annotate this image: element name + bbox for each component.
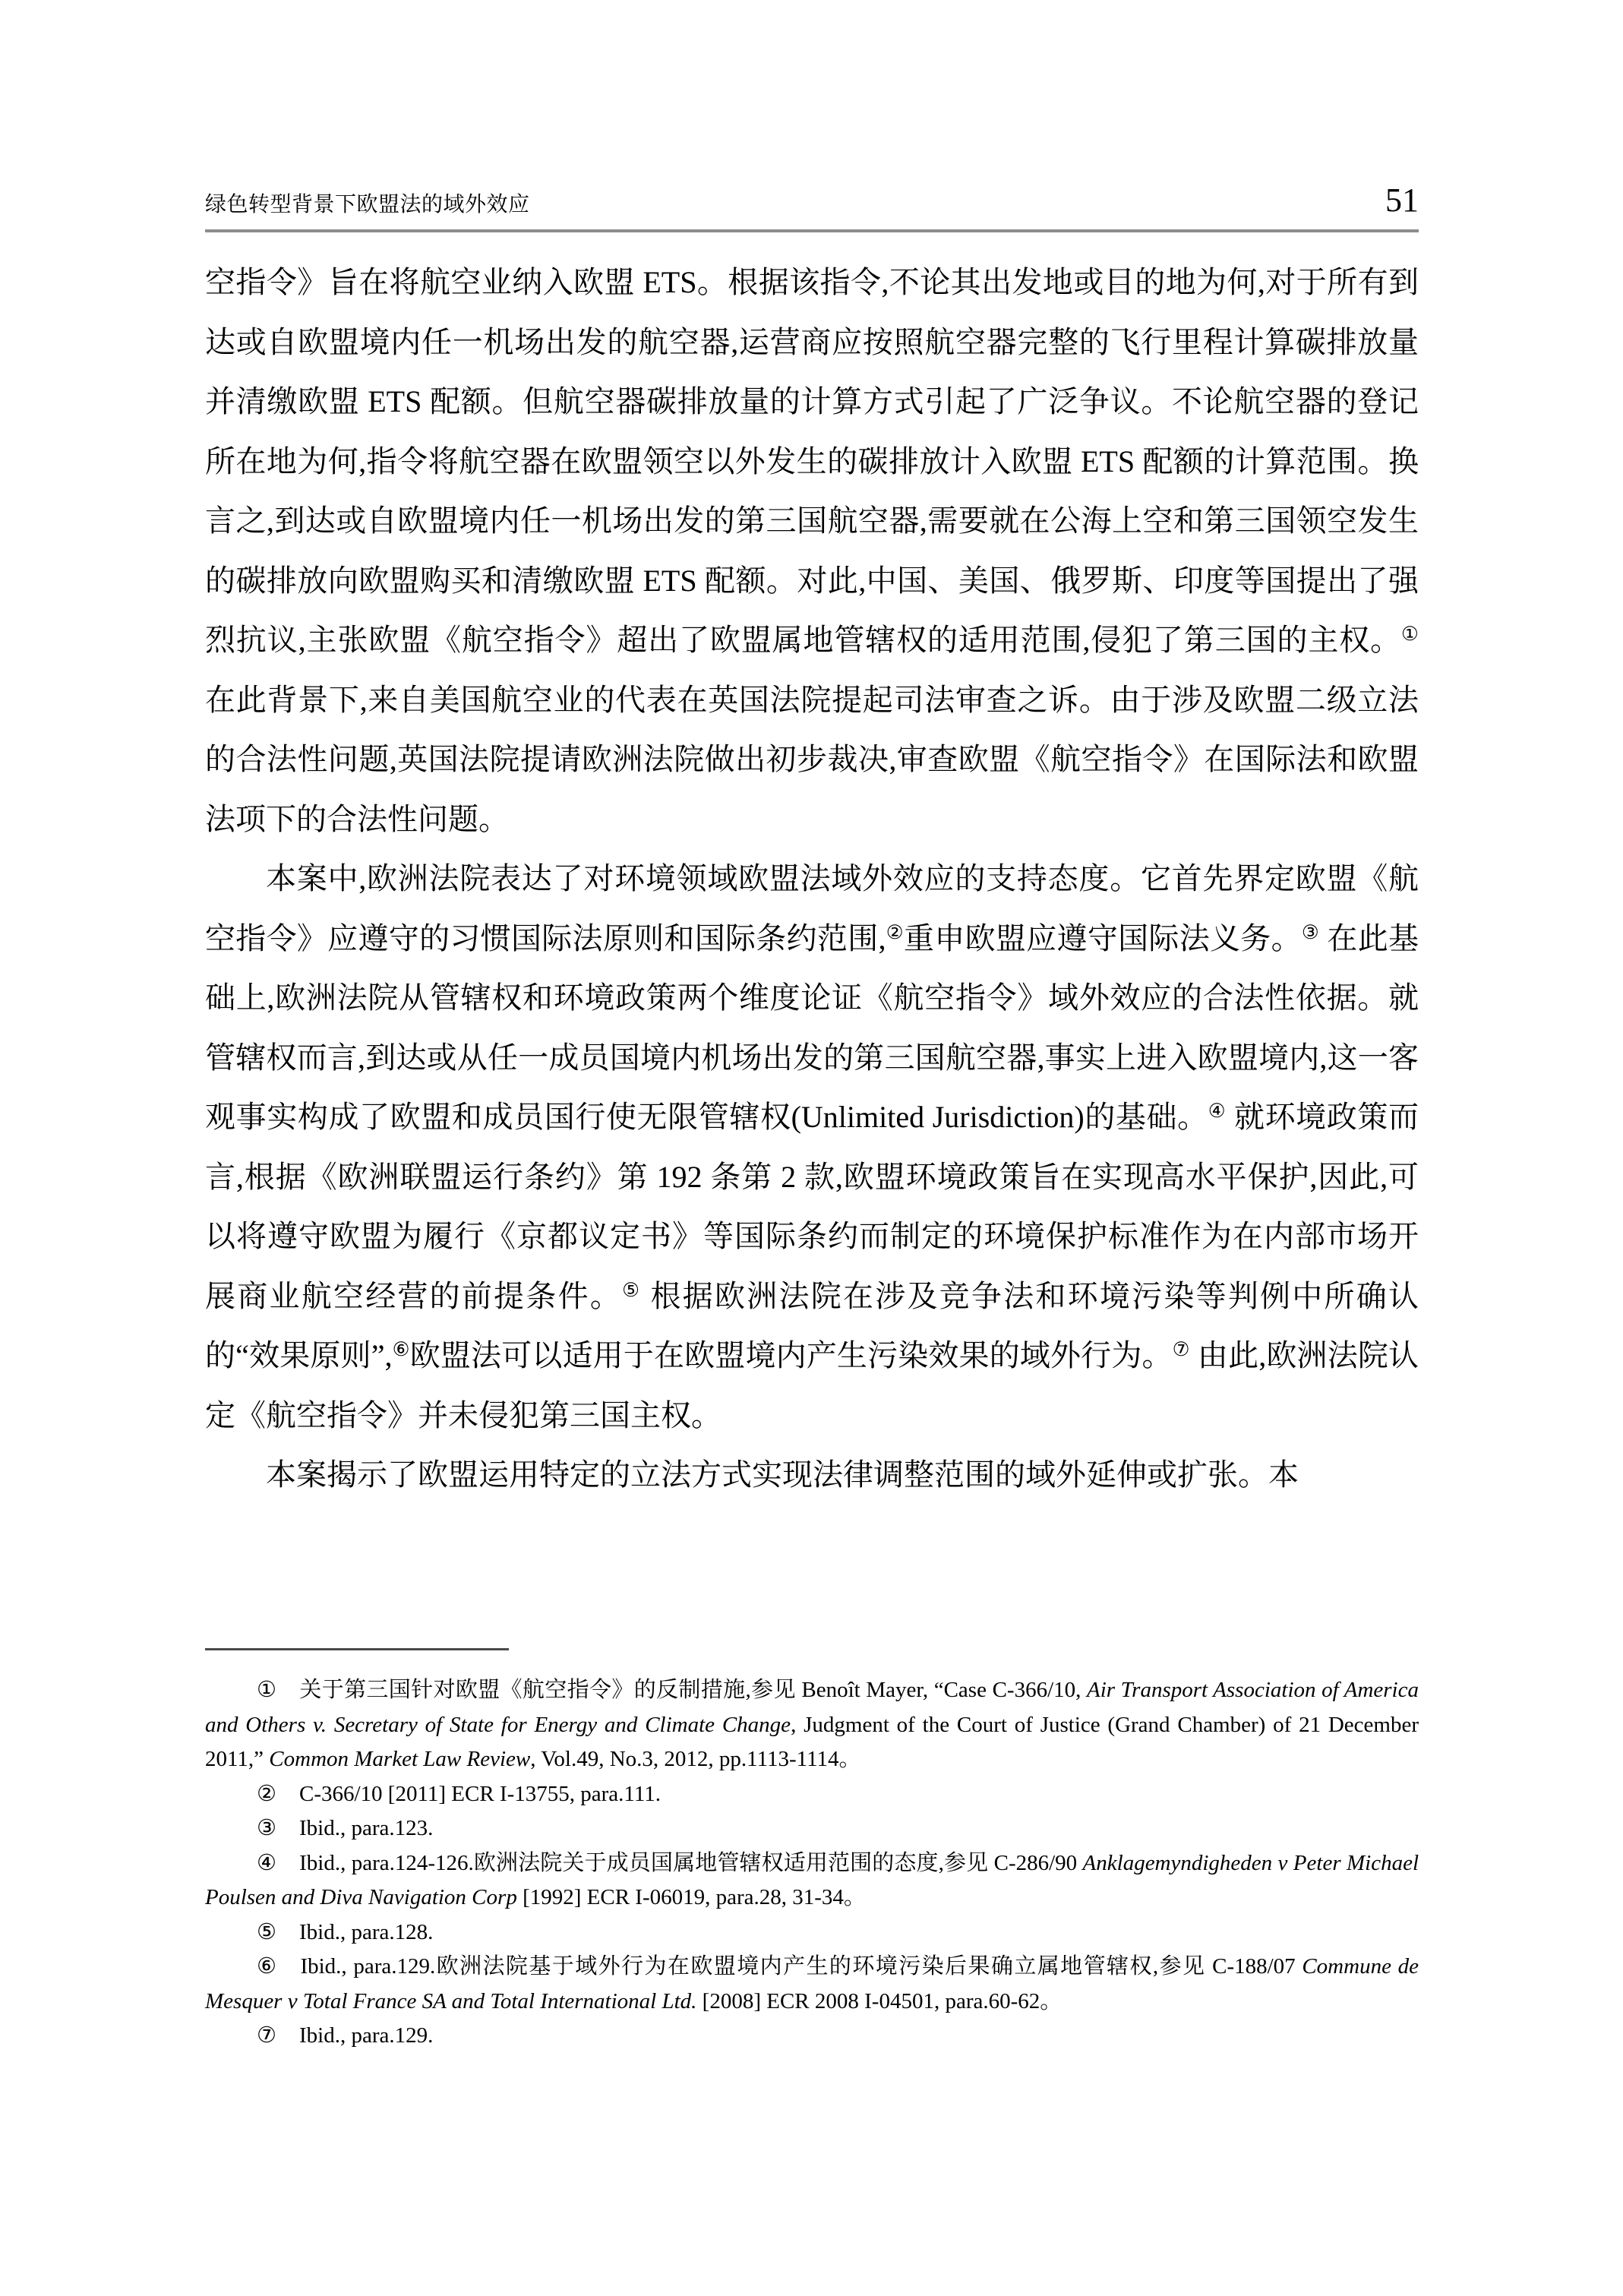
footnote-marker: ④	[257, 1851, 299, 1875]
footnote: ⑦Ibid., para.129.	[205, 2019, 1419, 2054]
page-number: 51	[1385, 181, 1419, 219]
footnote: ②C-366/10 [2011] ECR I-13755, para.111.	[205, 1777, 1419, 1812]
footnote-ref: ②	[886, 921, 905, 943]
footnote: ⑤Ibid., para.128.	[205, 1915, 1419, 1950]
footnote: ⑥Ibid., para.129.欧洲法院基于域外行为在欧盟境内产生的环境污染后…	[205, 1950, 1419, 2019]
case-name-italic: Commune de Mesquer v Total France SA and…	[205, 1954, 1419, 2013]
footnote-ref: ①	[1401, 623, 1419, 645]
case-name-italic: Air Transport Association of America and…	[205, 1678, 1419, 1737]
paragraph: 本案中,欧洲法院表达了对环境领域欧盟法域外效应的支持态度。它首先界定欧盟《航空指…	[205, 849, 1419, 1445]
footnote-ref: ⑦	[1173, 1338, 1190, 1360]
footnote-ref: ⑤	[622, 1279, 641, 1301]
footnote-separator	[205, 1648, 509, 1650]
case-name-italic: Anklagemyndigheden v Peter Michael Pouls…	[205, 1851, 1419, 1910]
page-header: 绿色转型背景下欧盟法的域外效应 51	[205, 181, 1419, 219]
header-rule	[205, 229, 1419, 232]
footnote-ref: ③	[1302, 921, 1319, 943]
footnote-marker: ⑤	[257, 1920, 299, 1944]
footnote-marker: ①	[257, 1678, 299, 1702]
running-title: 绿色转型背景下欧盟法的域外效应	[205, 188, 530, 218]
footnote-ref: ④	[1208, 1100, 1227, 1122]
body-text: 空指令》旨在将航空业纳入欧盟 ETS。根据该指令,不论其出发地或目的地为何,对于…	[205, 253, 1419, 1505]
paragraph: 空指令》旨在将航空业纳入欧盟 ETS。根据该指令,不论其出发地或目的地为何,对于…	[205, 253, 1419, 849]
case-name-italic: Common Market Law Review	[269, 1747, 530, 1771]
paragraph: 本案揭示了欧盟运用特定的立法方式实现法律调整范围的域外延伸或扩张。本	[205, 1445, 1419, 1505]
document-page: 绿色转型背景下欧盟法的域外效应 51 空指令》旨在将航空业纳入欧盟 ETS。根据…	[0, 0, 1623, 2296]
footnote-marker: ⑥	[257, 1954, 300, 1979]
footnote-marker: ②	[257, 1782, 299, 1806]
footnote: ④Ibid., para.124-126.欧洲法院关于成员国属地管辖权适用范围的…	[205, 1846, 1419, 1915]
footnote-marker: ③	[257, 1816, 299, 1840]
footnote: ③Ibid., para.123.	[205, 1811, 1419, 1846]
footnote-marker: ⑦	[257, 2023, 299, 2048]
footnote: ①关于第三国针对欧盟《航空指令》的反制措施,参见 Benoît Mayer, “…	[205, 1673, 1419, 1777]
footnotes: ①关于第三国针对欧盟《航空指令》的反制措施,参见 Benoît Mayer, “…	[205, 1673, 1419, 2054]
footnote-ref: ⑥	[392, 1338, 409, 1360]
